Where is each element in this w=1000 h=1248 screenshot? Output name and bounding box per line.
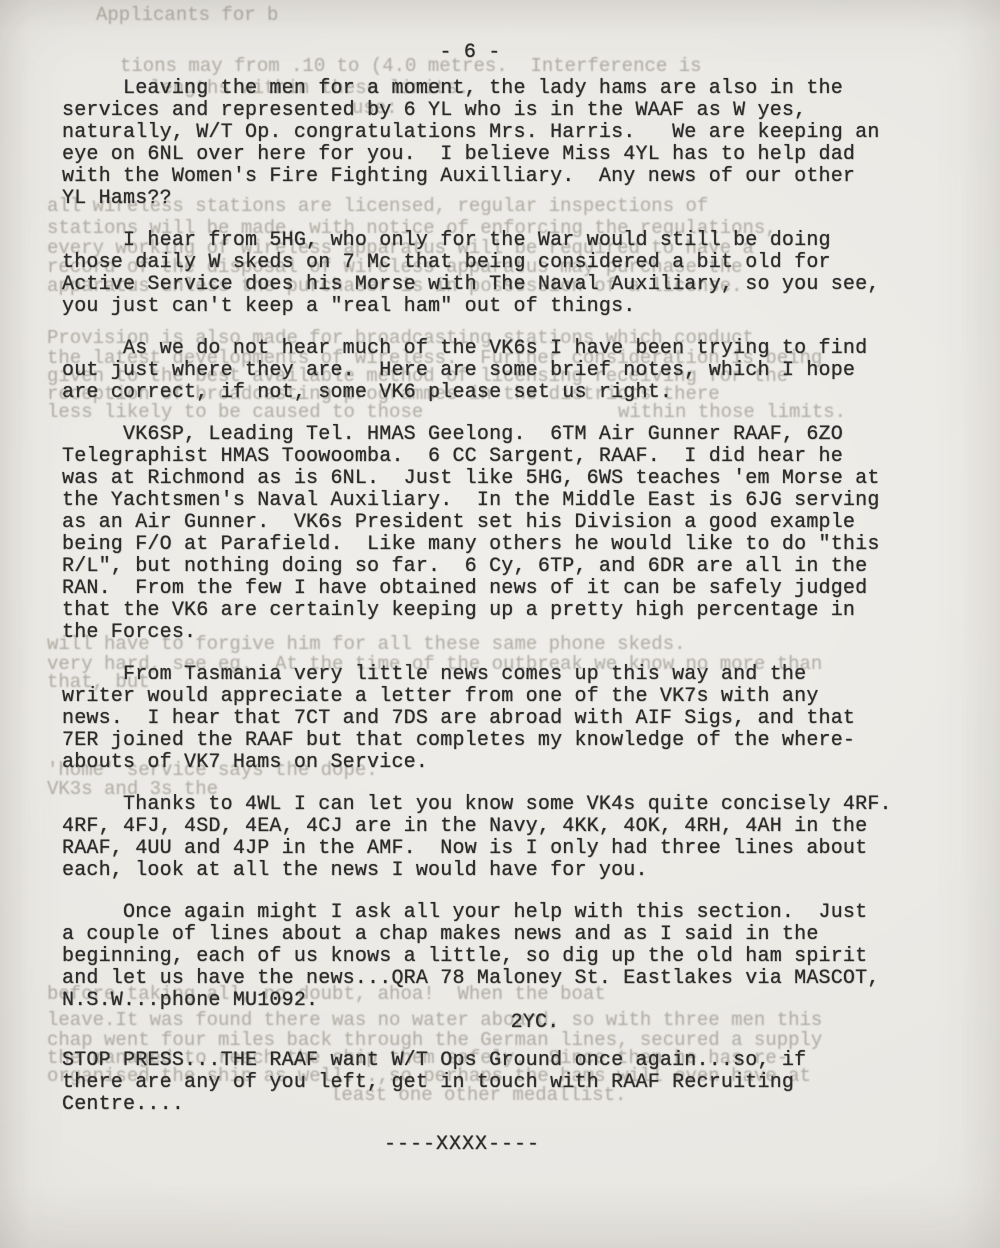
end-divider-mark: ----XXXX---- (24, 1134, 900, 1156)
body-paragraph-5hg: I hear from 5HG, who only for the War wo… (62, 230, 938, 318)
ghost-text-line: Applicants for b (96, 5, 278, 25)
stop-press-paragraph: STOP PRESS...THE RAAF want W/T Ops Groun… (62, 1050, 938, 1116)
body-paragraph-vk6-intro: As we do not hear much of the VK6s I hav… (62, 338, 938, 404)
paper-sheet: Applicants for btions may from .10 to (4… (0, 0, 1000, 1248)
signature: 2YC. (97, 1012, 973, 1034)
page-content: - 6 - Leaving the men for a moment, the … (62, 42, 938, 1156)
body-paragraph-tasmania: From Tasmania very little news comes up … (62, 664, 938, 774)
body-paragraph-vk6-notes: VK6SP, Leading Tel. HMAS Geelong. 6TM Ai… (62, 424, 938, 644)
body-paragraph-vk4: Thanks to 4WL I can let you know some VK… (62, 794, 938, 882)
body-paragraph-appeal: Once again might I ask all your help wit… (62, 902, 938, 1012)
page-number: - 6 - (32, 42, 908, 64)
body-paragraph-lady-hams: Leaving the men for a moment, the lady h… (62, 78, 938, 210)
